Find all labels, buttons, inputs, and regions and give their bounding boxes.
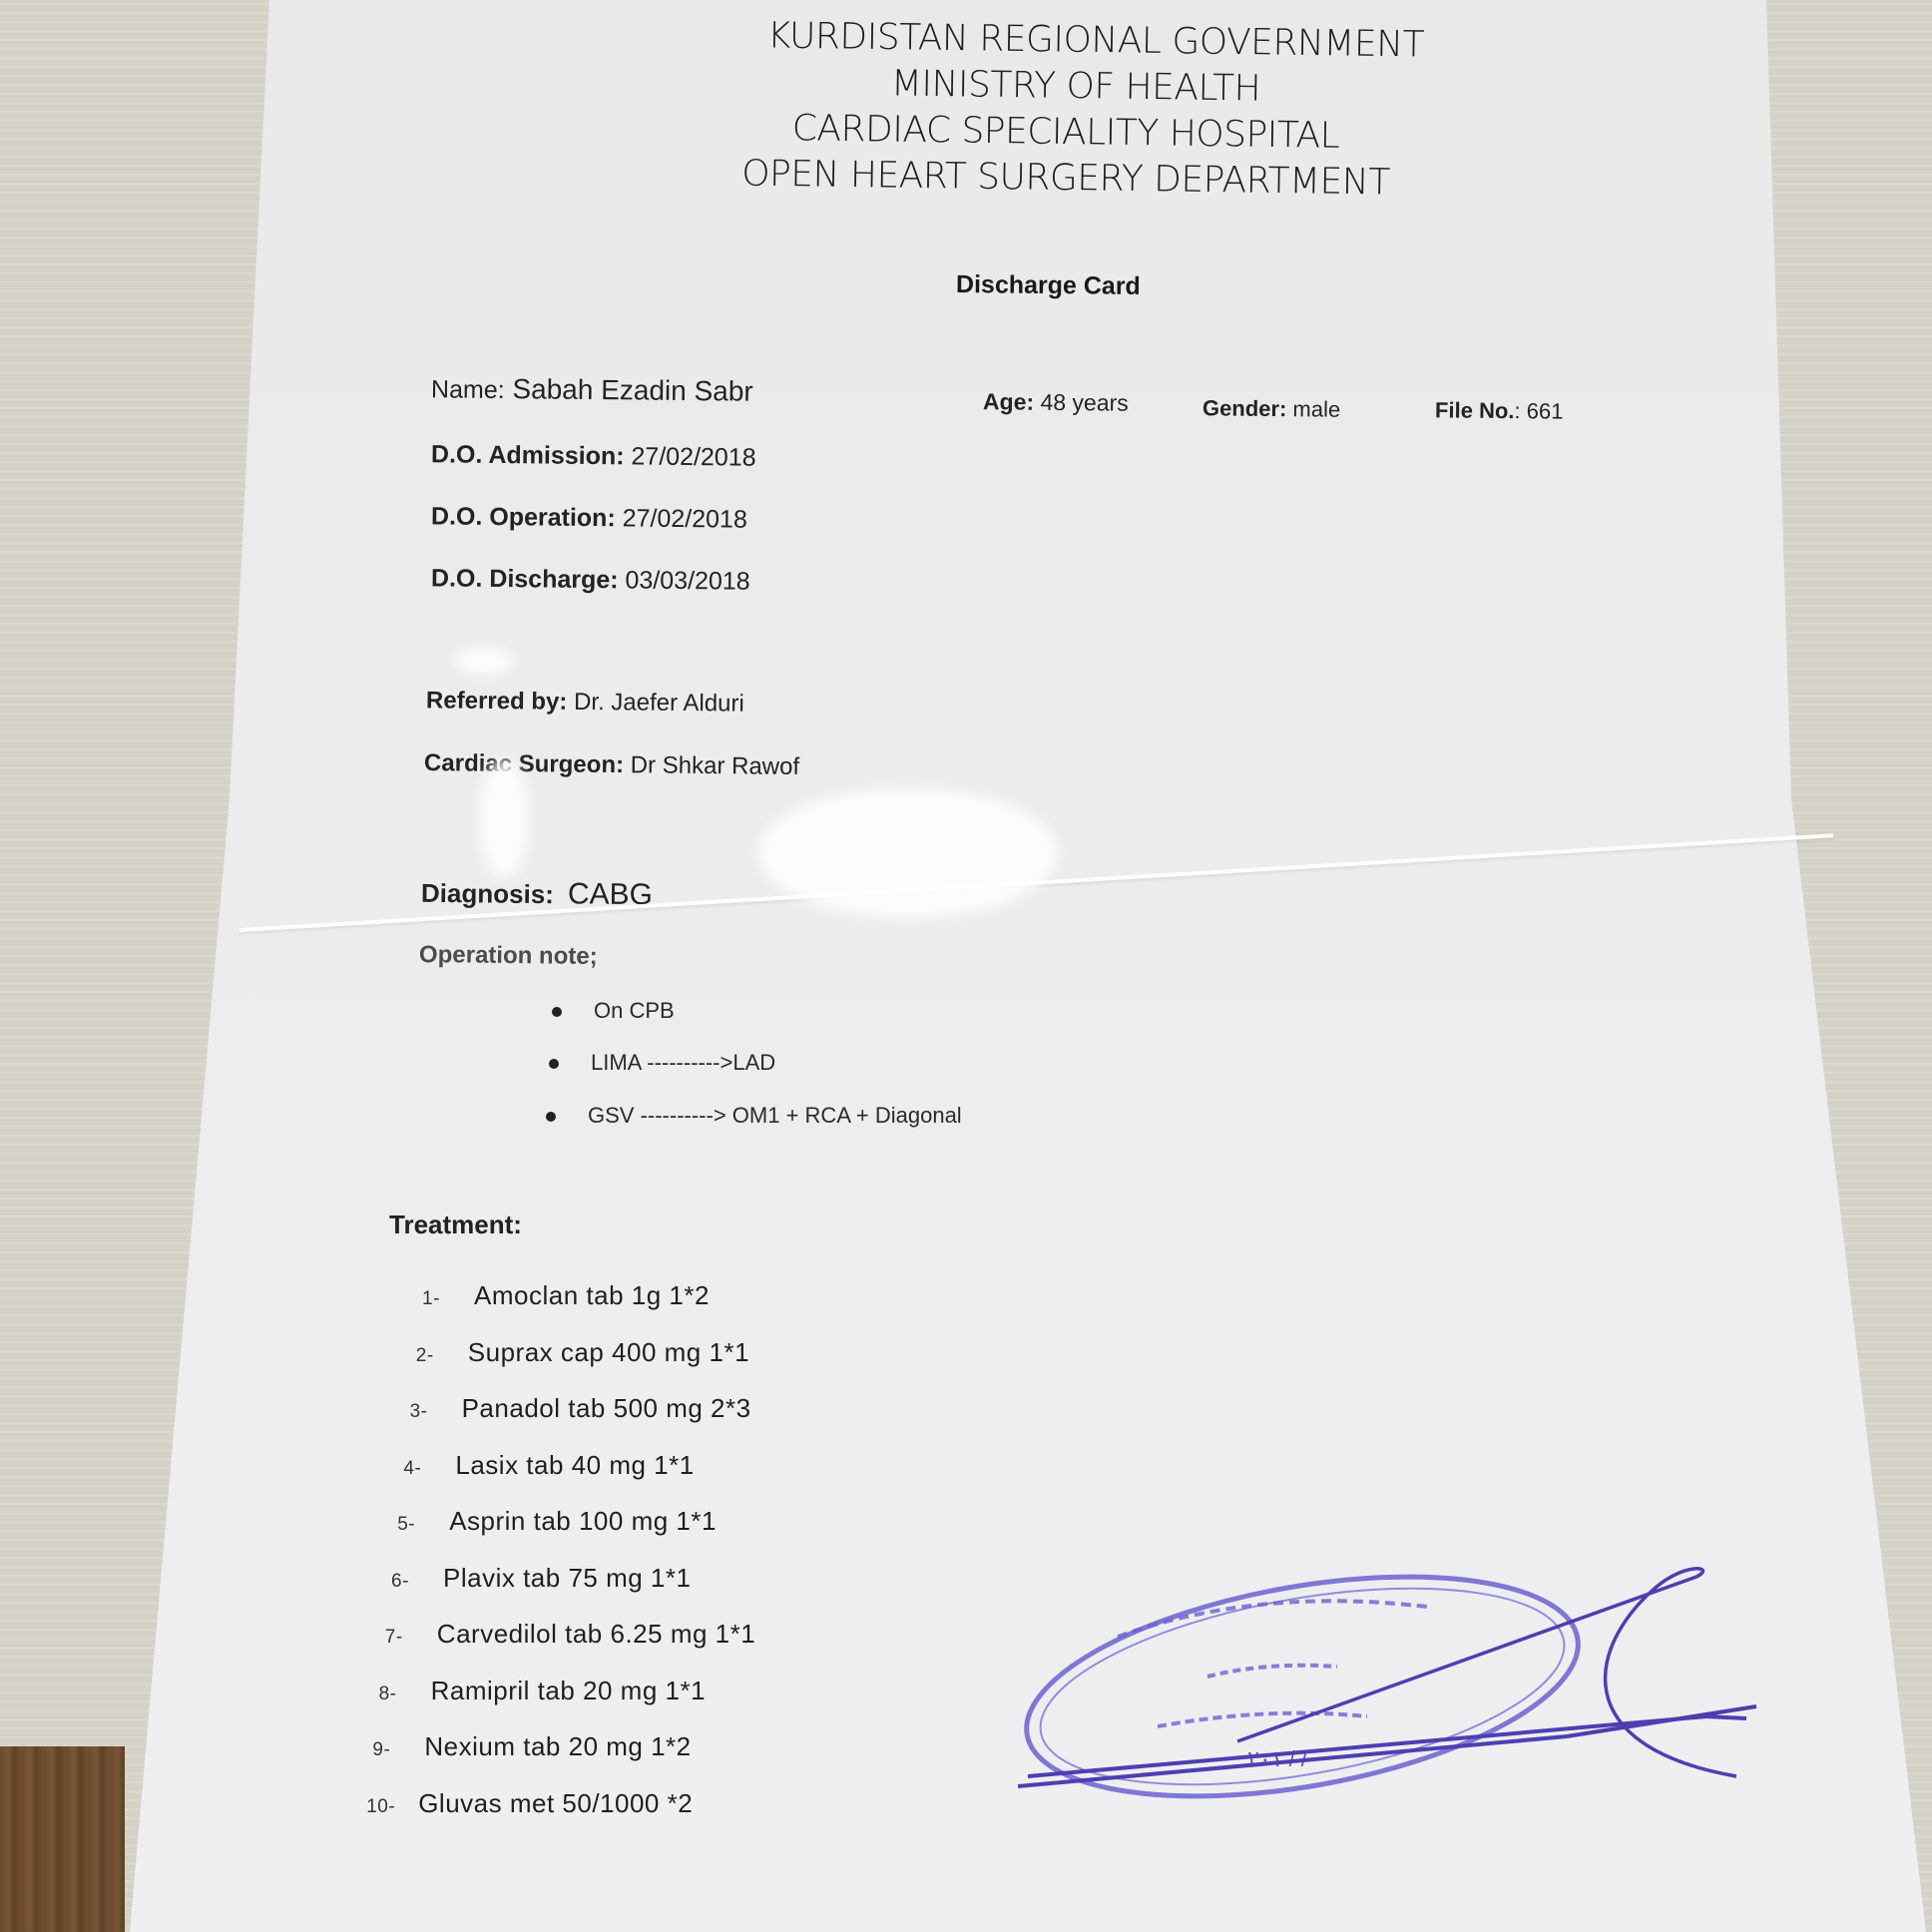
referred-by-field: Referred by: Dr. Jaefer Alduri bbox=[426, 687, 744, 718]
operation-note-text: GSV ----------> OM1 + RCA + Diagonal bbox=[588, 1103, 962, 1128]
medication-number: 10- bbox=[366, 1796, 418, 1818]
operation-label: D.O. Operation: bbox=[431, 502, 616, 532]
medication-number: 9- bbox=[372, 1739, 424, 1761]
medication-number: 2- bbox=[416, 1345, 468, 1367]
glare bbox=[454, 647, 514, 675]
cardiac-surgeon-field: Cardiac Surgeon: Dr Shkar Rawof bbox=[424, 749, 799, 781]
referred-label: Referred by: bbox=[426, 687, 568, 715]
medication-item: 7-Carvedilol tab 6.25 mg 1*1 bbox=[385, 1619, 755, 1650]
medication-text: Carvedilol tab 6.25 mg 1*1 bbox=[437, 1619, 755, 1649]
gender-value: male bbox=[1292, 396, 1340, 421]
gender-field: Gender: male bbox=[1203, 395, 1340, 422]
treatment-heading: Treatment: bbox=[389, 1209, 522, 1240]
medication-number: 6- bbox=[391, 1571, 443, 1593]
medication-item: 9-Nexium tab 20 mg 1*2 bbox=[372, 1731, 691, 1762]
bullet-icon bbox=[552, 1007, 562, 1017]
discharge-date-field: D.O. Discharge: 03/03/2018 bbox=[431, 564, 750, 596]
medication-text: Ramipril tab 20 mg 1*1 bbox=[431, 1676, 706, 1705]
age-value: 48 years bbox=[1040, 389, 1128, 416]
medication-item: 5-Asprin tab 100 mg 1*1 bbox=[397, 1506, 717, 1537]
medication-text: Lasix tab 40 mg 1*1 bbox=[455, 1450, 694, 1480]
medication-number: 8- bbox=[379, 1684, 431, 1705]
operation-note-label: Operation note; bbox=[419, 941, 598, 970]
medication-item: 4-Lasix tab 40 mg 1*1 bbox=[403, 1450, 694, 1481]
glare bbox=[758, 788, 1058, 918]
medication-number: 5- bbox=[397, 1514, 449, 1536]
gender-label: Gender: bbox=[1203, 395, 1287, 421]
medication-item: 10-Gluvas met 50/1000 *2 bbox=[366, 1788, 693, 1819]
medication-item: 3-Panadol tab 500 mg 2*3 bbox=[410, 1393, 751, 1424]
medication-number: 7- bbox=[385, 1627, 437, 1649]
operation-note-item: GSV ----------> OM1 + RCA + Diagonal bbox=[546, 1103, 962, 1129]
admission-date-field: D.O. Admission: 27/02/2018 bbox=[431, 440, 756, 472]
admission-label: D.O. Admission: bbox=[431, 440, 625, 470]
glare bbox=[479, 758, 529, 878]
file-label: File No. bbox=[1435, 397, 1515, 423]
medication-text: Plavix tab 75 mg 1*1 bbox=[443, 1563, 691, 1593]
medication-item: 6-Plavix tab 75 mg 1*1 bbox=[391, 1563, 691, 1594]
file-number: : 661 bbox=[1514, 398, 1563, 424]
document-header: KURDISTAN REGIONAL GOVERNMENT MINISTRY O… bbox=[0, 18, 1932, 202]
bullet-icon bbox=[546, 1112, 556, 1122]
name-label: Name: bbox=[431, 375, 505, 404]
medication-text: Amoclan tab 1g 1*2 bbox=[474, 1280, 710, 1310]
patient-name: Sabah Ezadin Sabr bbox=[512, 373, 753, 407]
age-field: Age: 48 years bbox=[983, 388, 1129, 417]
medication-item: 1-Amoclan tab 1g 1*2 bbox=[422, 1280, 710, 1311]
age-label: Age: bbox=[983, 388, 1034, 415]
operation-note-heading: Operation note; bbox=[419, 941, 598, 971]
patient-name-field: Name: Sabah Ezadin Sabr bbox=[431, 372, 753, 407]
medication-number: 4- bbox=[403, 1458, 455, 1480]
hospital-stamp-signature: ٢٠١ / / bbox=[1008, 1567, 1766, 1806]
referred-by: Dr. Jaefer Alduri bbox=[574, 689, 744, 718]
operation-note-text: LIMA ---------->LAD bbox=[591, 1050, 775, 1075]
medication-text: Panadol tab 500 mg 2*3 bbox=[462, 1393, 751, 1423]
bullet-icon bbox=[549, 1059, 559, 1069]
discharge-label: D.O. Discharge: bbox=[431, 564, 619, 594]
medication-item: 8-Ramipril tab 20 mg 1*1 bbox=[379, 1676, 706, 1706]
operation-date-field: D.O. Operation: 27/02/2018 bbox=[431, 502, 747, 534]
wood-table-surface bbox=[0, 1746, 125, 1932]
operation-date: 27/02/2018 bbox=[623, 504, 747, 533]
medication-text: Asprin tab 100 mg 1*1 bbox=[449, 1506, 717, 1536]
file-number-field: File No.: 661 bbox=[1435, 397, 1564, 424]
diagnosis-label: Diagnosis: bbox=[421, 878, 554, 909]
operation-note-text: On CPB bbox=[594, 998, 675, 1023]
admission-date: 27/02/2018 bbox=[631, 442, 755, 471]
medication-item: 2-Suprax cap 400 mg 1*1 bbox=[416, 1337, 749, 1368]
medication-number: 3- bbox=[410, 1401, 462, 1423]
document-title: Discharge Card bbox=[956, 270, 1141, 301]
surgeon-name: Dr Shkar Rawof bbox=[631, 751, 800, 780]
discharge-date: 03/03/2018 bbox=[625, 566, 749, 595]
medication-text: Suprax cap 400 mg 1*1 bbox=[468, 1337, 749, 1367]
medication-text: Gluvas met 50/1000 *2 bbox=[418, 1788, 693, 1818]
operation-note-item: On CPB bbox=[552, 998, 675, 1024]
medication-text: Nexium tab 20 mg 1*2 bbox=[424, 1731, 691, 1761]
medication-number: 1- bbox=[422, 1288, 474, 1310]
operation-note-item: LIMA ---------->LAD bbox=[549, 1050, 775, 1076]
surgeon-label: Cardiac Surgeon: bbox=[424, 749, 624, 778]
